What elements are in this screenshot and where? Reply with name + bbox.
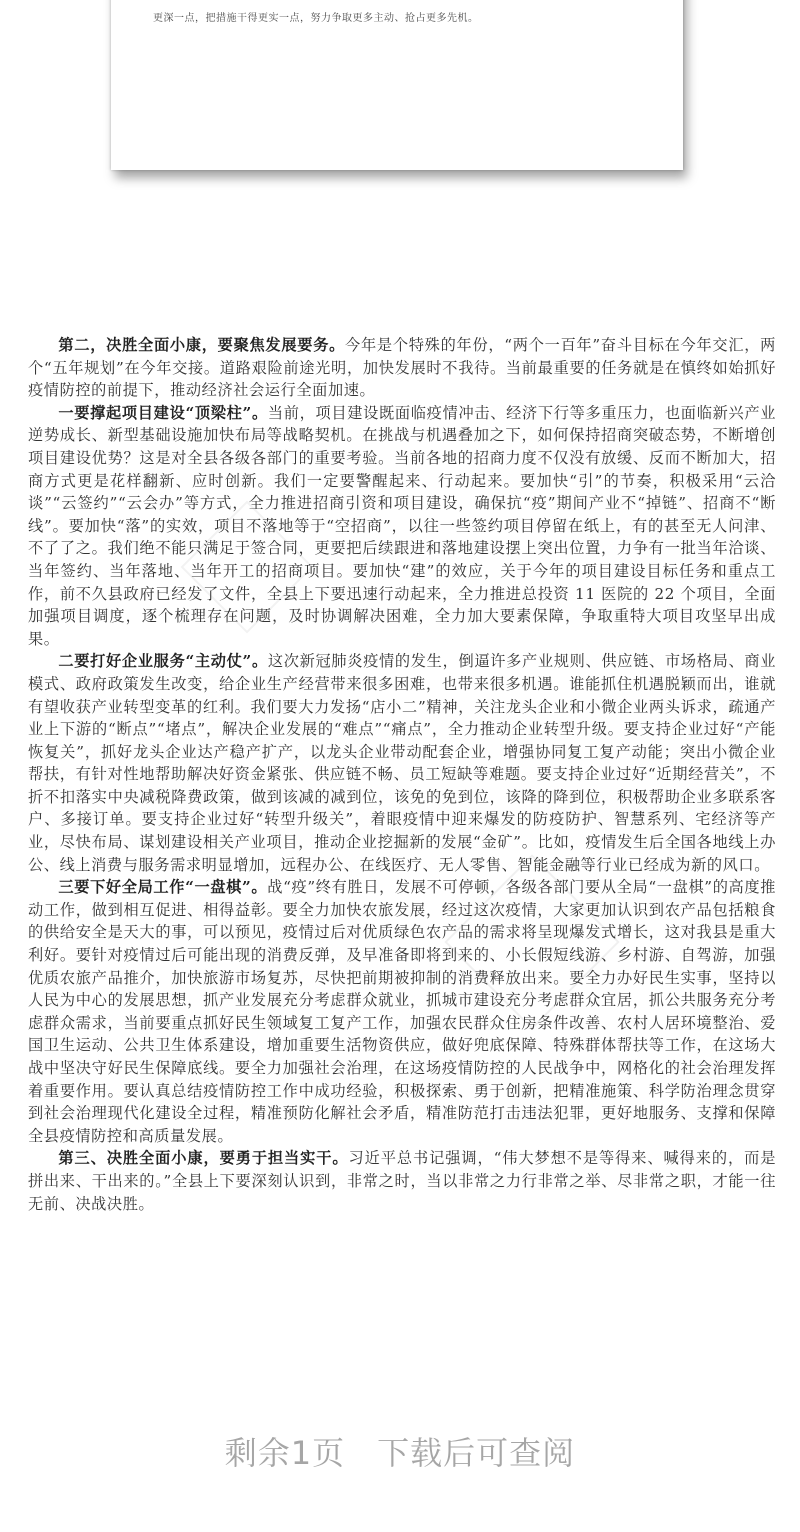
preview-cropped-line [153, 0, 653, 12]
paragraph-overall-work: 三要下好全局工作“一盘棋”。战“疫”终有胜日，发展不可停顿，各级各部门要从全局“… [28, 876, 776, 1147]
paragraph-heading: 第三、决胜全面小康，要勇于担当实干。 [58, 1149, 348, 1167]
download-hint-label: 下载后可查阅 [377, 1434, 575, 1472]
paragraph-text: 当前，项目建设既面临疫情冲击、经济下行等多重压力，也面临新兴产业逆势成长、新型基… [28, 404, 776, 648]
preview-last-line: 更深一点，把措施干得更实一点，努力争取更多主动、抢占更多先机。 [153, 13, 479, 24]
download-to-read-banner[interactable]: 剩余1页下载后可查阅 [0, 1428, 800, 1474]
remaining-pages-label: 剩余1页 [225, 1434, 345, 1472]
preview-page-card: 更深一点，把措施干得更实一点，努力争取更多主动、抢占更多先机。 [111, 0, 683, 170]
paragraph-section-three: 第三、决胜全面小康，要勇于担当实干。习近平总书记强调，“伟大梦想不是等得来、喊得… [28, 1147, 776, 1215]
paragraph-project-construction: 一要撑起项目建设“顶梁柱”。当前，项目建设既面临疫情冲击、经济下行等多重压力，也… [28, 402, 776, 651]
paragraph-enterprise-service: 二要打好企业服务“主动仗”。这次新冠肺炎疫情的发生，倒逼许多产业规则、供应链、市… [28, 650, 776, 876]
preview-page-text: 更深一点，把措施干得更实一点，努力争取更多主动、抢占更多先机。 [153, 0, 653, 26]
paragraph-text: 这次新冠肺炎疫情的发生，倒逼许多产业规则、供应链、市场格局、商业模式、政府政策发… [28, 652, 776, 873]
paragraph-heading: 第二，决胜全面小康，要聚焦发展要务。 [58, 336, 345, 354]
paragraph-heading: 一要撑起项目建设“顶梁柱”。 [58, 404, 267, 422]
paragraph-text: 战“疫”终有胜日，发展不可停顿，各级各部门要从全局“一盘棋”的高度推动工作，做到… [28, 878, 776, 1145]
paragraph-section-two: 第二，决胜全面小康，要聚焦发展要务。今年是个特殊的年份，“两个一百年”奋斗目标在… [28, 334, 776, 402]
paragraph-heading: 三要下好全局工作“一盘棋”。 [58, 878, 267, 896]
document-body: 第二，决胜全面小康，要聚焦发展要务。今年是个特殊的年份，“两个一百年”奋斗目标在… [28, 334, 776, 1215]
paragraph-heading: 二要打好企业服务“主动仗”。 [58, 652, 267, 670]
